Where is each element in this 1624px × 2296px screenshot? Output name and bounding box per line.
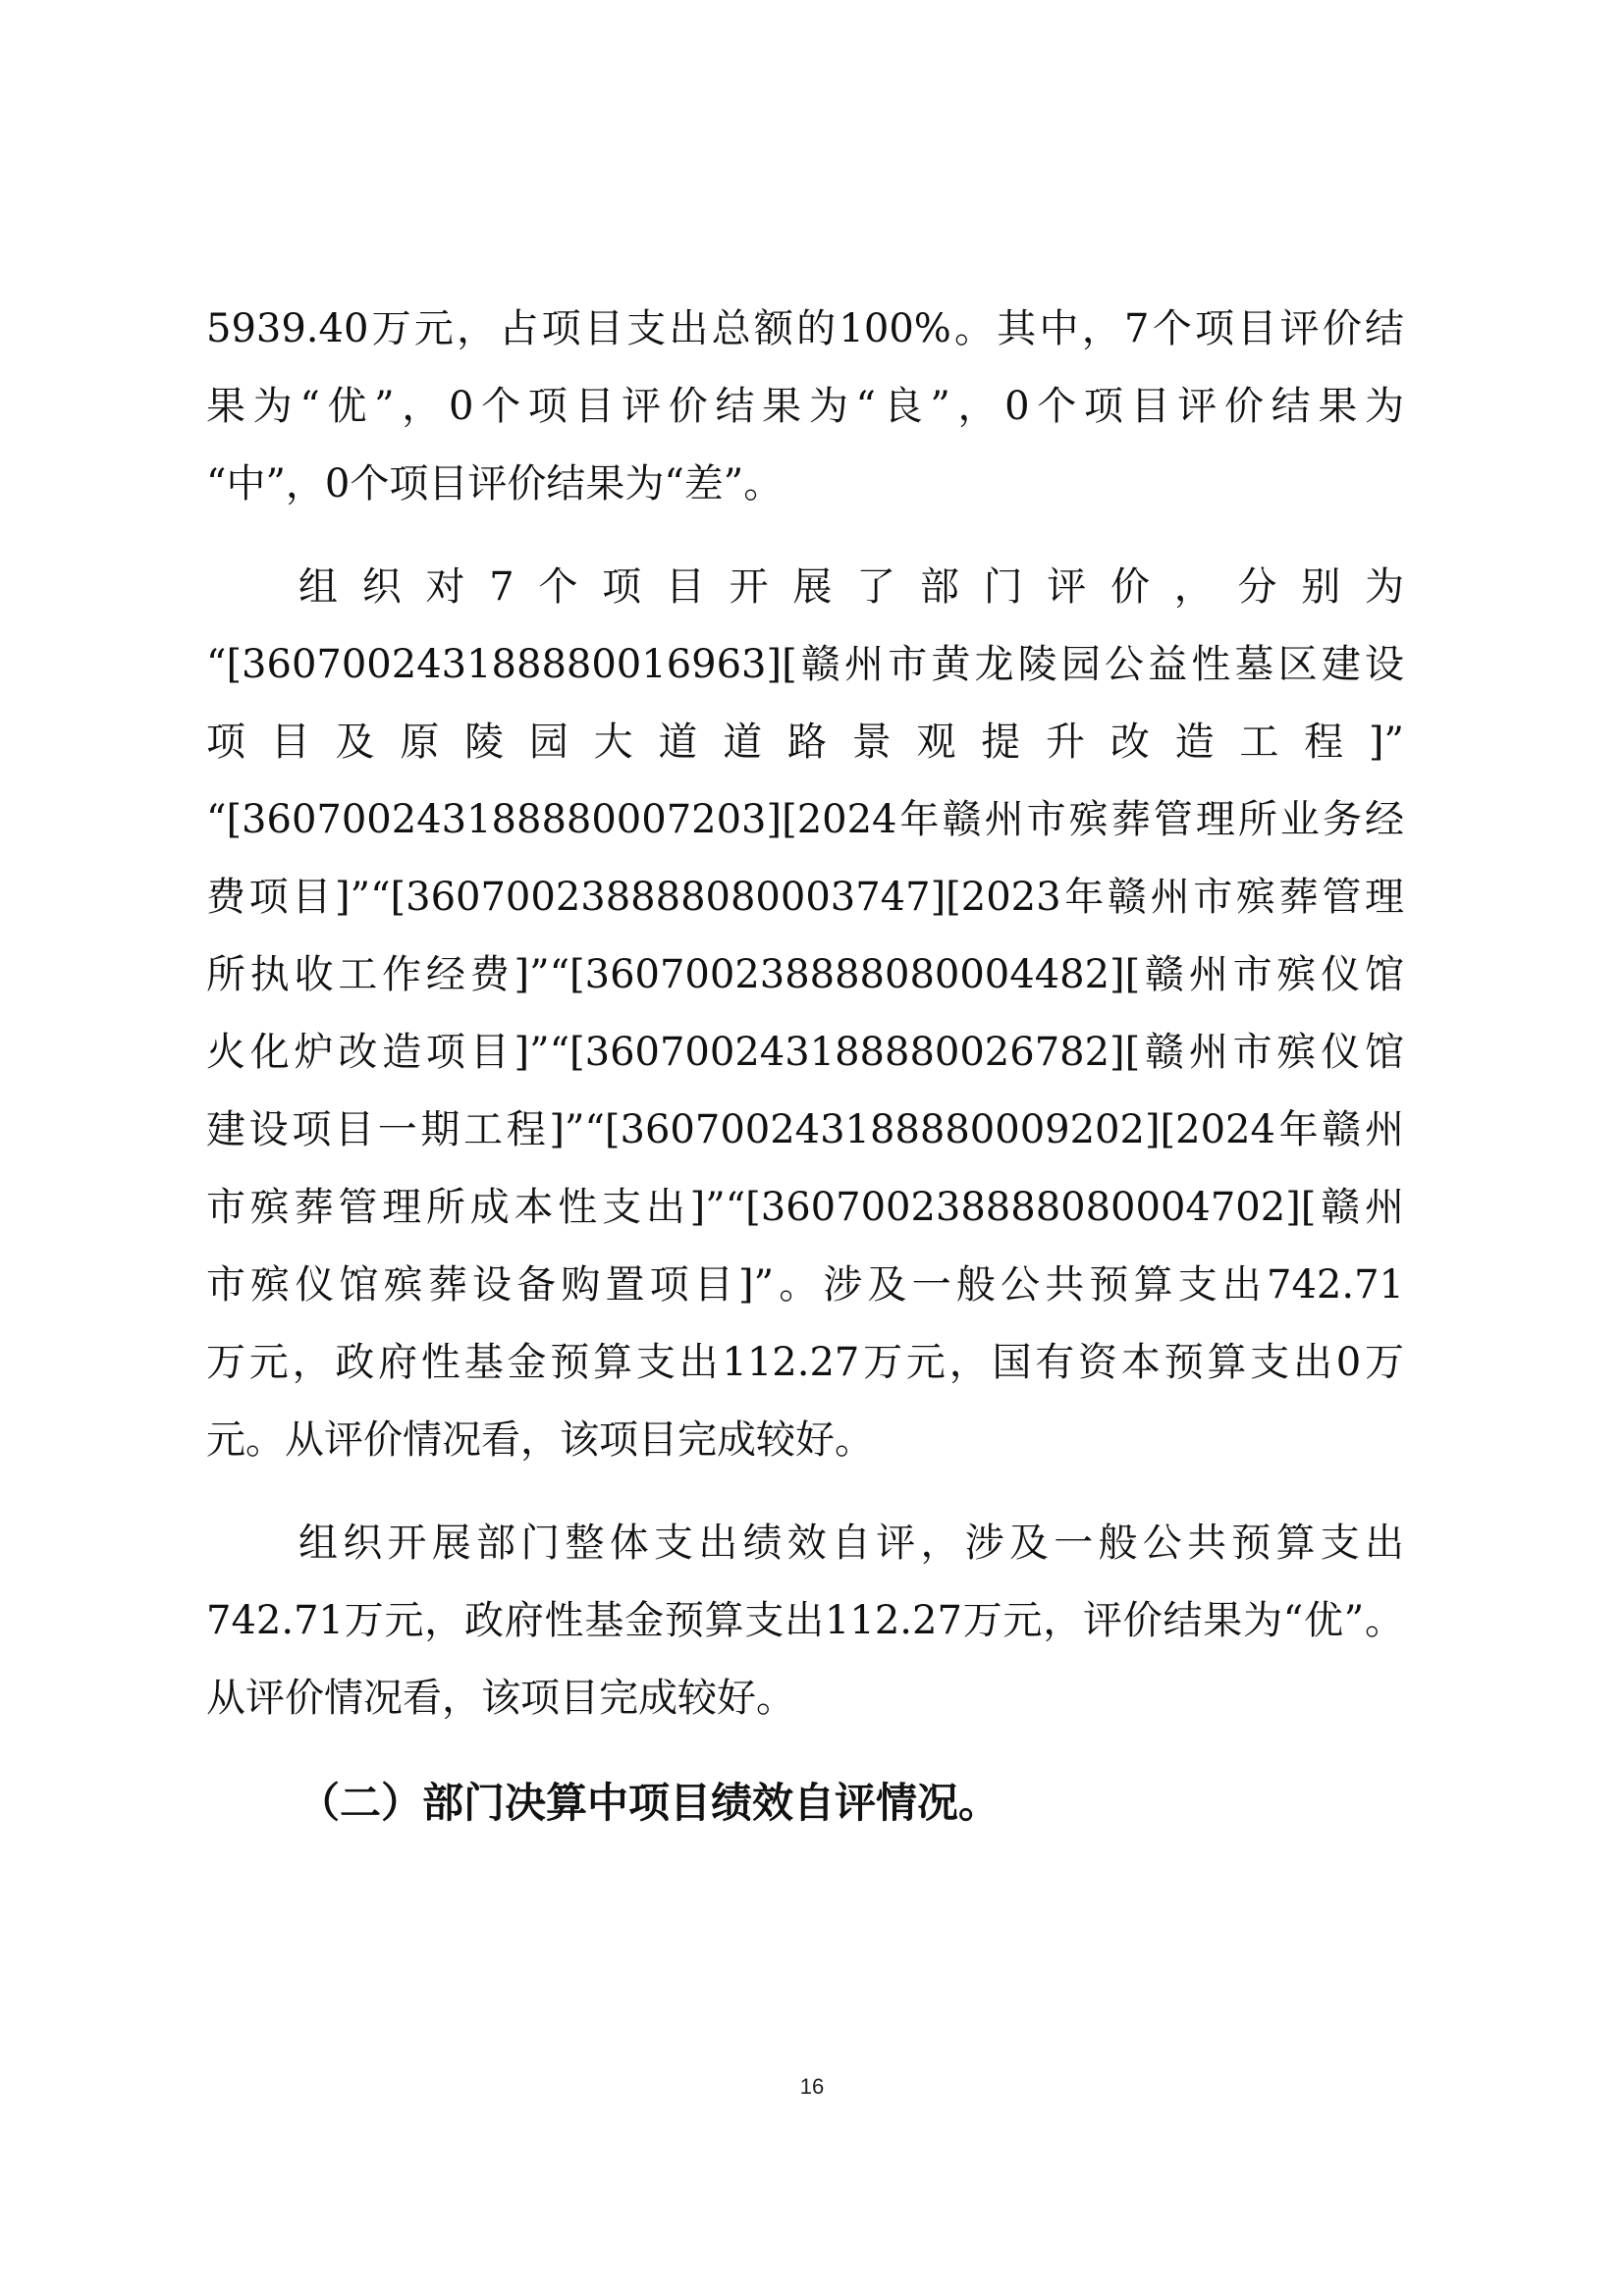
paragraph-3-line-1: 组织开展部门整体支出绩效自评，涉及一般公共预算支出 <box>298 1520 1404 1567</box>
page-number: 16 <box>0 2074 1624 2100</box>
paragraph-2-line-1: 组织对7个项目开展了部门评价，分别为 <box>298 563 1404 611</box>
paragraph-1-line-3: “中”，0个项目评价结果为“差”。 <box>206 460 1404 507</box>
paragraph-2-line-12: 元。从评价情况看，该项目完成较好。 <box>206 1416 1404 1464</box>
section-heading: （二）部门决算中项目绩效自评情况。 <box>298 1779 1000 1828</box>
paragraph-2-line-10: 市殡仪馆殡葬设备购置项目]”。涉及一般公共预算支出742.71 <box>206 1261 1404 1308</box>
paragraph-2-line-5: 费项目]”“[360700238888080003747][2023年赣州市殡葬… <box>206 874 1404 921</box>
paragraph-2-line-4: “[360700243188880007203][2024年赣州市殡葬管理所业务… <box>206 796 1404 843</box>
paragraph-2-line-8: 建设项目一期工程]”“[360700243188880009202][2024年… <box>206 1106 1404 1153</box>
paragraph-2-line-3: 项目及原陵园大道道路景观提升改造工程]” <box>206 719 1404 766</box>
paragraph-2-line-2: “[360700243188880016963][赣州市黄龙陵园公益性墓区建设 <box>206 641 1404 688</box>
document-page: 5939.40万元，占项目支出总额的100%。其中，7个项目评价结 果为“优”，… <box>0 0 1624 2296</box>
paragraph-2-line-9: 市殡葬管理所成本性支出]”“[360700238888080004702][赣州 <box>206 1184 1404 1231</box>
paragraph-2-line-6: 所执收工作经费]”“[360700238888080004482][赣州市殡仪馆 <box>206 951 1404 998</box>
paragraph-3-line-2: 742.71万元，政府性基金预算支出112.27万元，评价结果为“优”。 <box>206 1597 1404 1644</box>
paragraph-1-line-1: 5939.40万元，占项目支出总额的100%。其中，7个项目评价结 <box>206 305 1404 352</box>
paragraph-3-line-3: 从评价情况看，该项目完成较好。 <box>206 1675 1404 1722</box>
paragraph-1-line-2: 果为“优”，0个项目评价结果为“良”，0个项目评价结果为 <box>206 383 1404 430</box>
paragraph-2-line-7: 火化炉改造项目]”“[360700243188880026782][赣州市殡仪馆 <box>206 1029 1404 1076</box>
paragraph-2-line-11: 万元，政府性基金预算支出112.27万元，国有资本预算支出0万 <box>206 1339 1404 1386</box>
